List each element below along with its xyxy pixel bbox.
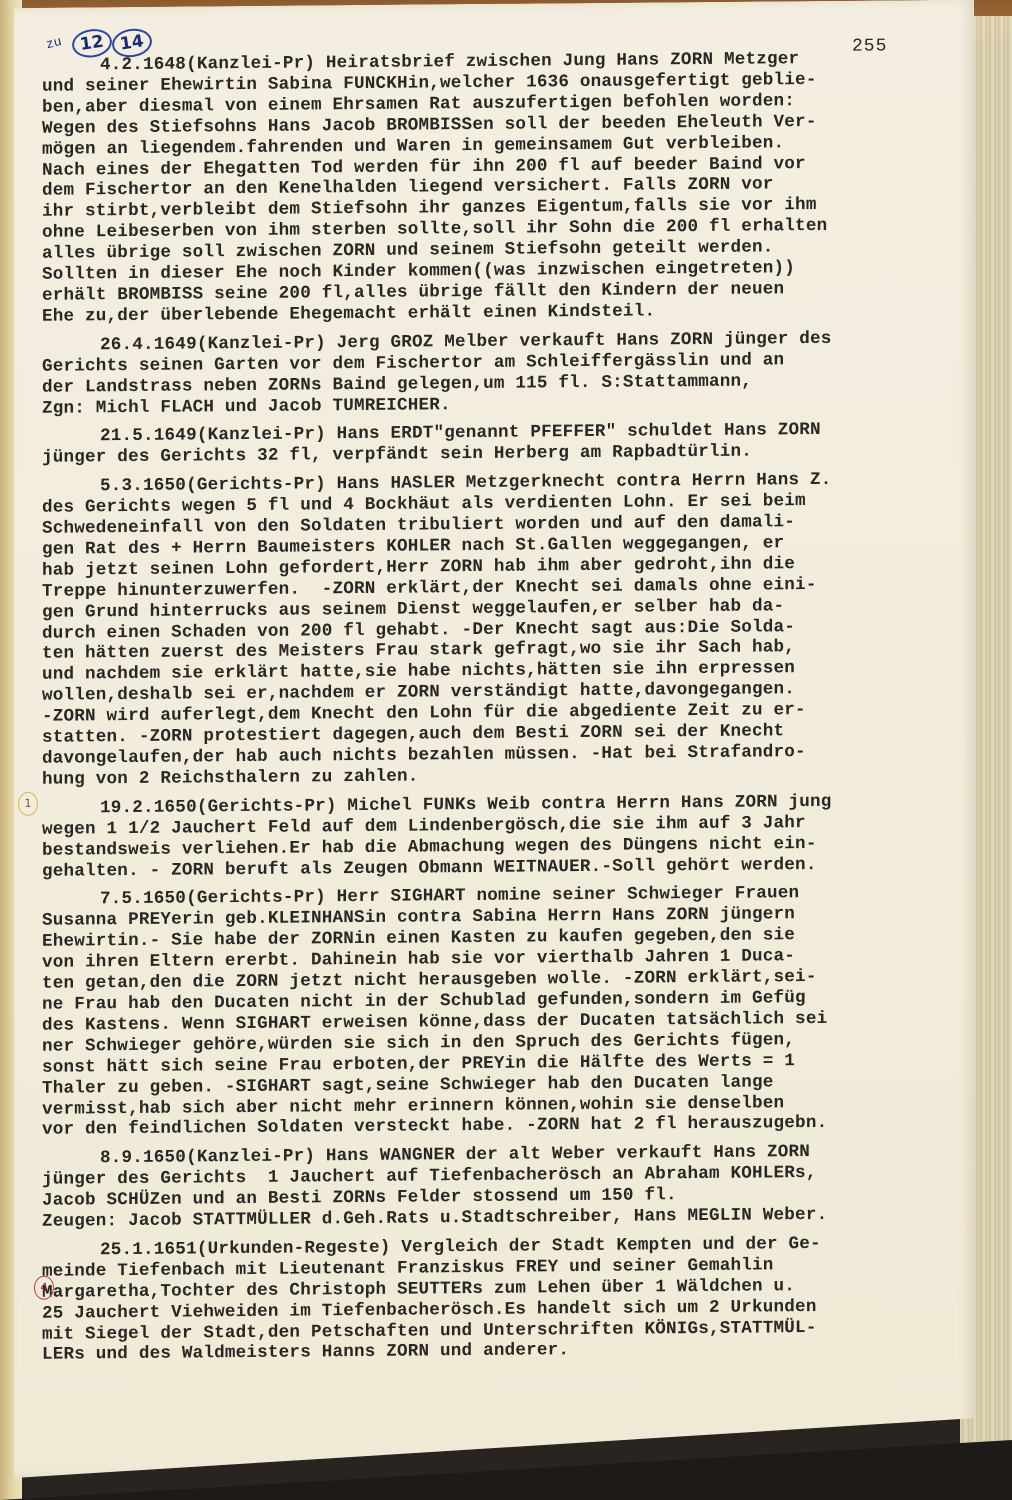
register-entry: 19.2.1650(Gerichts-Pr) Michel FUNKs Weib… [42, 790, 992, 882]
document-page: zu 12 14 255 4.2.1648(Kanzlei-Pr) Heirat… [14, 0, 974, 1478]
margin-annotation: 1 [18, 792, 38, 816]
register-entry: 4.2.1648(Kanzlei-Pr) Heiratsbrief zwisch… [42, 47, 992, 327]
reference-circled-numbers: 12 14 [72, 29, 151, 58]
register-entry: 25.1.1651(Urkunden-Regeste) Vergleich de… [42, 1232, 992, 1366]
margin-annotation: 4 [34, 1276, 54, 1300]
register-entry: 26.4.1649(Kanzlei-Pr) Jerg GROZ Melber v… [42, 327, 992, 419]
register-entry: 7.5.1650(Gerichts-Pr) Herr SIGHART nomin… [42, 882, 992, 1141]
register-entry: 8.9.1650(Kanzlei-Pr) Hans WANGNER der al… [42, 1141, 992, 1233]
reference-prefix: zu [44, 34, 63, 52]
register-entry: 5.3.1650(Gerichts-Pr) Hans HASLER Metzge… [42, 469, 992, 791]
typewritten-body: 4.2.1648(Kanzlei-Pr) Heiratsbrief zwisch… [42, 47, 992, 1366]
